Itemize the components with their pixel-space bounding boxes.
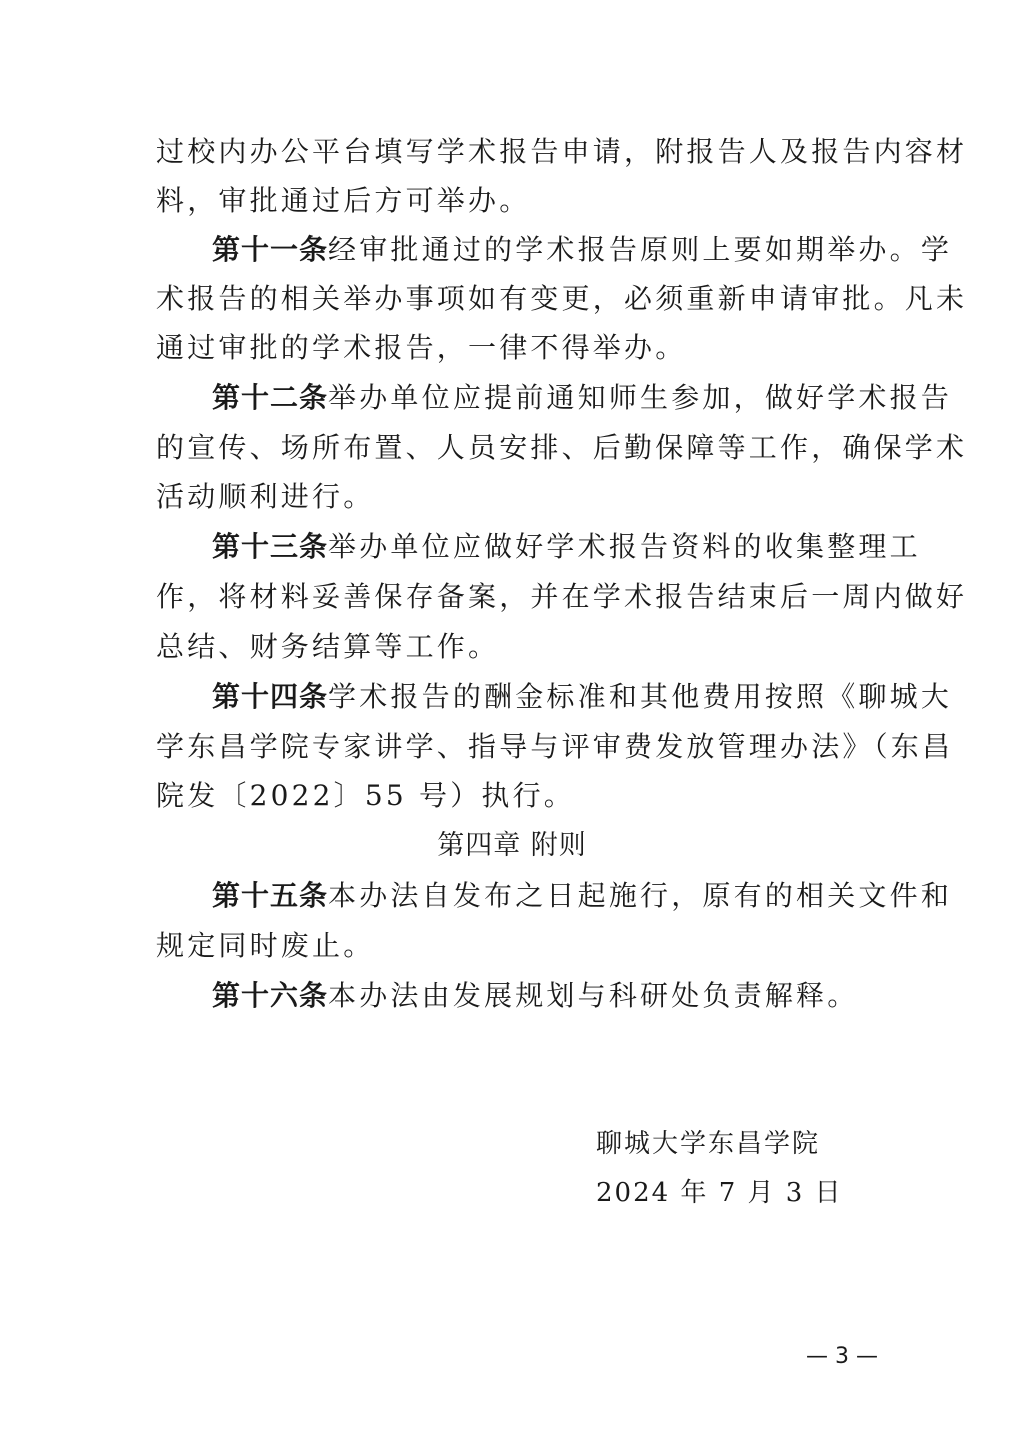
text-line: 学东昌学院专家讲学、指导与评审费发放管理办法》（东昌 <box>156 727 868 767</box>
text-line: 通过审批的学术报告，一律不得举办。 <box>156 328 868 368</box>
text-line: 规定同时废止。 <box>156 926 868 966</box>
text-line: 总结、财务结算等工作。 <box>156 627 868 667</box>
article-text: 本办法由发展规划与科研处负责解释。 <box>328 979 858 1012</box>
article-11: 第十一条经审批通过的学术报告原则上要如期举办。学 <box>212 230 868 270</box>
document-page: 过校内办公平台填写学术报告申请，附报告人及报告内容材 料，审批通过后方可举办。 … <box>0 0 1024 1448</box>
signature-organization: 聊城大学东昌学院 <box>596 1124 820 1164</box>
article-14: 第十四条学术报告的酬金标准和其他费用按照《聊城大 <box>212 677 868 717</box>
text-line: 活动顺利进行。 <box>156 477 868 517</box>
article-label: 第十三条 <box>212 530 328 563</box>
page-number: — 3 — <box>806 1342 878 1372</box>
signature-date: 2024 年 7 月 3 日 <box>596 1173 843 1213</box>
article-text: 举办单位应提前通知师生参加，做好学术报告 <box>328 381 952 414</box>
text-line: 过校内办公平台填写学术报告申请，附报告人及报告内容材 <box>156 132 868 172</box>
text-line: 作，将材料妥善保存备案，并在学术报告结束后一周内做好 <box>156 577 868 617</box>
text-line: 料，审批通过后方可举办。 <box>156 181 868 221</box>
article-16: 第十六条本办法由发展规划与科研处负责解释。 <box>212 976 868 1016</box>
article-text: 经审批通过的学术报告原则上要如期举办。学 <box>328 233 952 266</box>
article-13: 第十三条举办单位应做好学术报告资料的收集整理工 <box>212 527 868 567</box>
article-12: 第十二条举办单位应提前通知师生参加，做好学术报告 <box>212 378 868 418</box>
text-line: 院发〔2022〕55 号）执行。 <box>156 776 868 816</box>
text-line: 术报告的相关举办事项如有变更，必须重新申请审批。凡未 <box>156 279 868 319</box>
text-line: 的宣传、场所布置、人员安排、后勤保障等工作，确保学术 <box>156 428 868 468</box>
article-label: 第十二条 <box>212 381 328 414</box>
article-text: 本办法自发布之日起施行，原有的相关文件和 <box>328 879 952 912</box>
article-label: 第十四条 <box>212 680 328 713</box>
article-text: 学术报告的酬金标准和其他费用按照《聊城大 <box>328 680 952 713</box>
article-text: 举办单位应做好学术报告资料的收集整理工 <box>328 530 921 563</box>
article-label: 第十五条 <box>212 879 328 912</box>
article-label: 第十六条 <box>212 979 328 1012</box>
article-label: 第十一条 <box>212 233 328 266</box>
article-15: 第十五条本办法自发布之日起施行，原有的相关文件和 <box>212 876 868 916</box>
chapter-heading: 第四章 附则 <box>0 826 1024 866</box>
